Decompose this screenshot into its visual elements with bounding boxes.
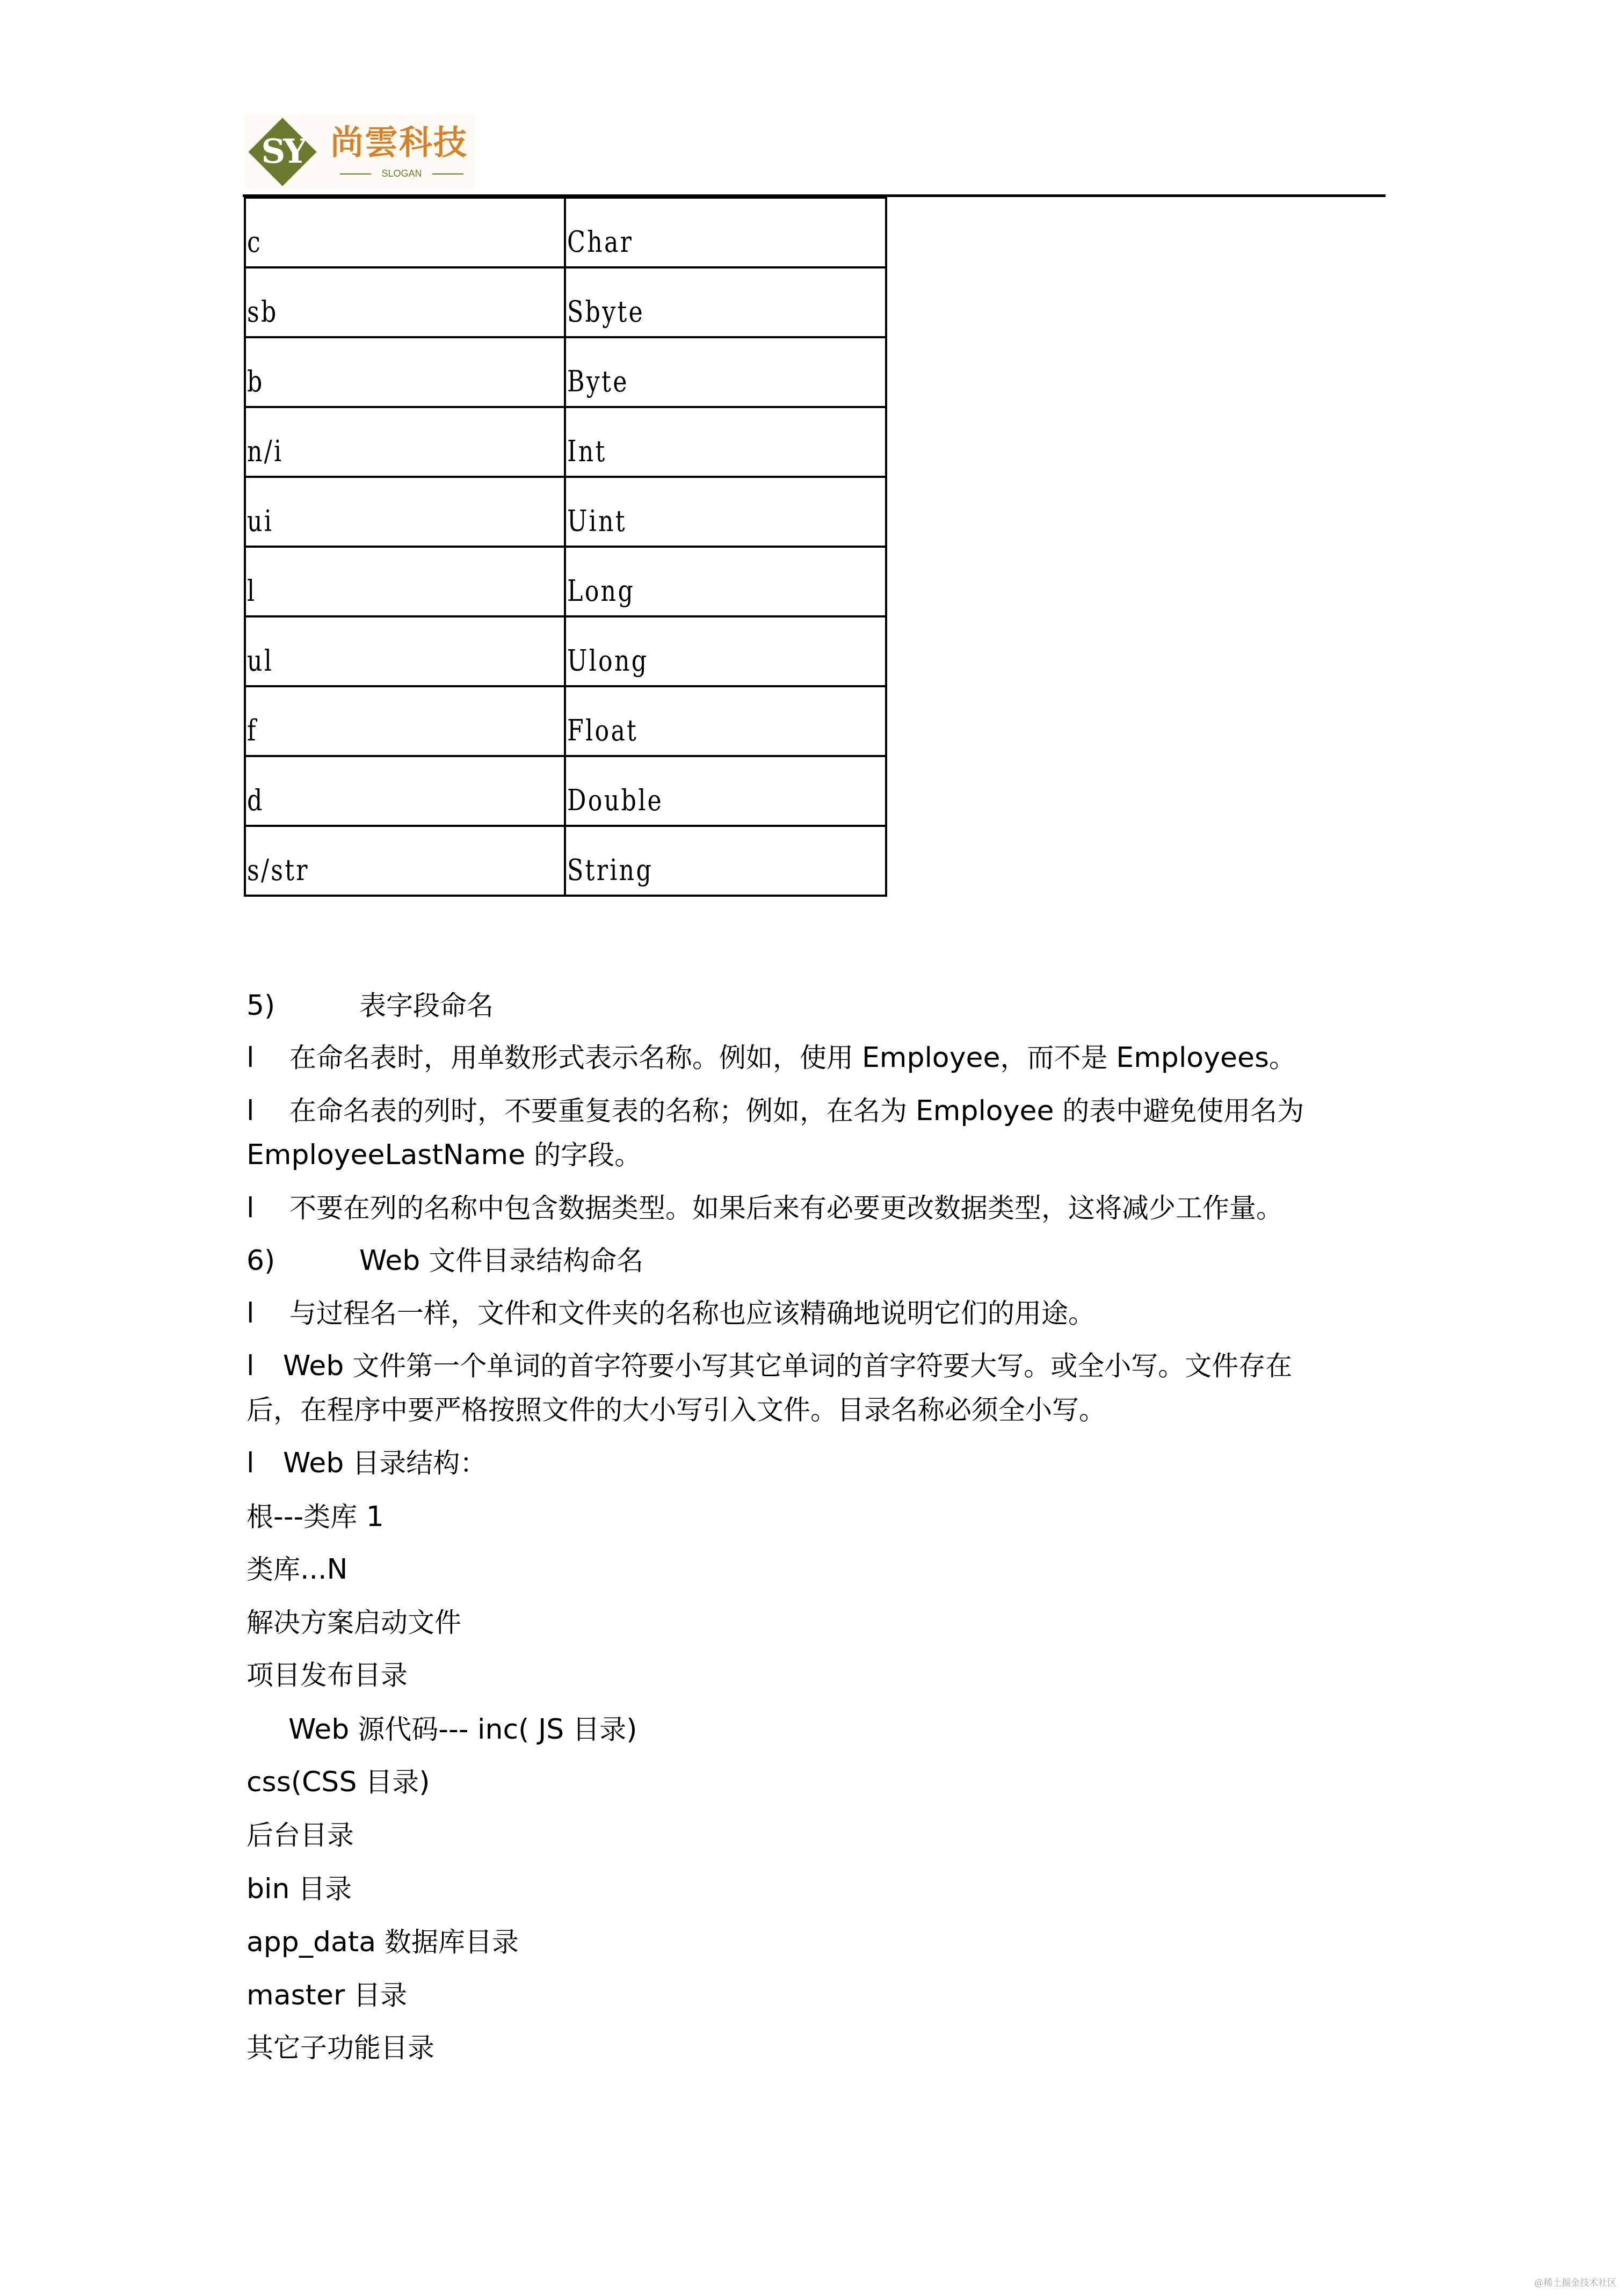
company-logo: SY 尚雲科技 SLOGAN [244, 114, 475, 189]
list-item-continuation: 后，在程序中要严格按照文件的大小写引入文件。目录名称必须全小写。 [247, 1392, 1106, 1428]
logo-initials: SY [252, 130, 314, 173]
table-row: b Byte [245, 337, 886, 407]
section-6-heading: 6)Web 文件目录结构命名 [247, 1243, 643, 1278]
type-cell: Double [565, 756, 886, 826]
table-row: n/i Int [245, 407, 886, 477]
directory-item: app_data 数据库目录 [247, 1924, 519, 1960]
prefix-cell: ui [245, 477, 565, 547]
list-item: lWeb 文件第一个单词的首字符要小写其它单词的首字符要大写。或全小写。文件存在 [247, 1348, 1292, 1384]
bullet-marker: l [247, 1348, 283, 1384]
logo-company-name: 尚雲科技 [330, 123, 468, 162]
list-item: l不要在列的名称中包含数据类型。如果后来有必要更改数据类型，这将减少工作量。 [247, 1190, 1283, 1226]
directory-item: css(CSS 目录) [247, 1764, 430, 1800]
type-cell: Uint [565, 477, 886, 547]
type-cell: String [565, 826, 886, 896]
directory-item: 项目发布目录 [247, 1658, 408, 1693]
directory-item: 类库...N [247, 1552, 348, 1587]
logo-slogan: SLOGAN [340, 166, 463, 180]
bullet-marker: l [247, 1040, 289, 1076]
list-item: l在命名表的列时，不要重复表的名称；例如，在名为 Employee 的表中避免使… [247, 1093, 1304, 1129]
prefix-cell: b [245, 337, 565, 407]
prefix-cell: s/str [245, 826, 565, 896]
bullet-marker: l [247, 1093, 289, 1129]
type-cell: Byte [565, 337, 886, 407]
prefix-cell: sb [245, 267, 565, 337]
bullet-marker: l [247, 1296, 289, 1331]
prefix-cell: ul [245, 616, 565, 686]
bullet-marker: l [247, 1445, 283, 1481]
table-row: ui Uint [245, 477, 886, 547]
directory-item: Web 源代码--- inc( JS 目录) [247, 1712, 637, 1747]
type-cell: Long [565, 547, 886, 616]
directory-item: 解决方案启动文件 [247, 1605, 461, 1640]
type-cell: Int [565, 407, 886, 477]
table-row: s/str String [245, 826, 886, 896]
directory-item: bin 目录 [247, 1871, 352, 1907]
directory-item: 根---类库 1 [247, 1499, 384, 1535]
table-row: l Long [245, 547, 886, 616]
type-cell: Ulong [565, 616, 886, 686]
prefix-cell: n/i [245, 407, 565, 477]
prefix-cell: d [245, 756, 565, 826]
directory-item: 后台目录 [247, 1818, 354, 1853]
section-5-heading: 5)表字段命名 [247, 988, 494, 1023]
prefix-cell: c [245, 198, 565, 267]
section-number: 5) [247, 988, 359, 1023]
type-prefix-table: c Char sb Sbyte b Byte n/i Int ui Uint l… [244, 197, 887, 897]
prefix-cell: f [245, 686, 565, 756]
type-cell: Char [565, 198, 886, 267]
prefix-cell: l [245, 547, 565, 616]
section-number: 6) [247, 1243, 359, 1278]
section-title: 文件目录结构命名 [420, 1245, 643, 1276]
list-item: lWeb 目录结构： [247, 1445, 487, 1481]
section-title: 表字段命名 [359, 990, 494, 1021]
list-item-continuation: EmployeeLastName 的字段。 [247, 1137, 641, 1173]
table-row: sb Sbyte [245, 267, 886, 337]
table-row: c Char [245, 198, 886, 267]
type-cell: Float [565, 686, 886, 756]
directory-item: master 目录 [247, 1978, 407, 2013]
list-item: l与过程名一样，文件和文件夹的名称也应该精确地说明它们的用途。 [247, 1296, 1095, 1331]
table-row: ul Ulong [245, 616, 886, 686]
list-item: l在命名表时，用单数形式表示名称。例如，使用 Employee，而不是 Empl… [247, 1040, 1296, 1076]
site-watermark: @稀土掘金技术社区 [1534, 2275, 1616, 2288]
table-row: d Double [245, 756, 886, 826]
type-cell: Sbyte [565, 267, 886, 337]
table-row: f Float [245, 686, 886, 756]
directory-item: 其它子功能目录 [247, 2030, 434, 2066]
bullet-marker: l [247, 1190, 289, 1226]
